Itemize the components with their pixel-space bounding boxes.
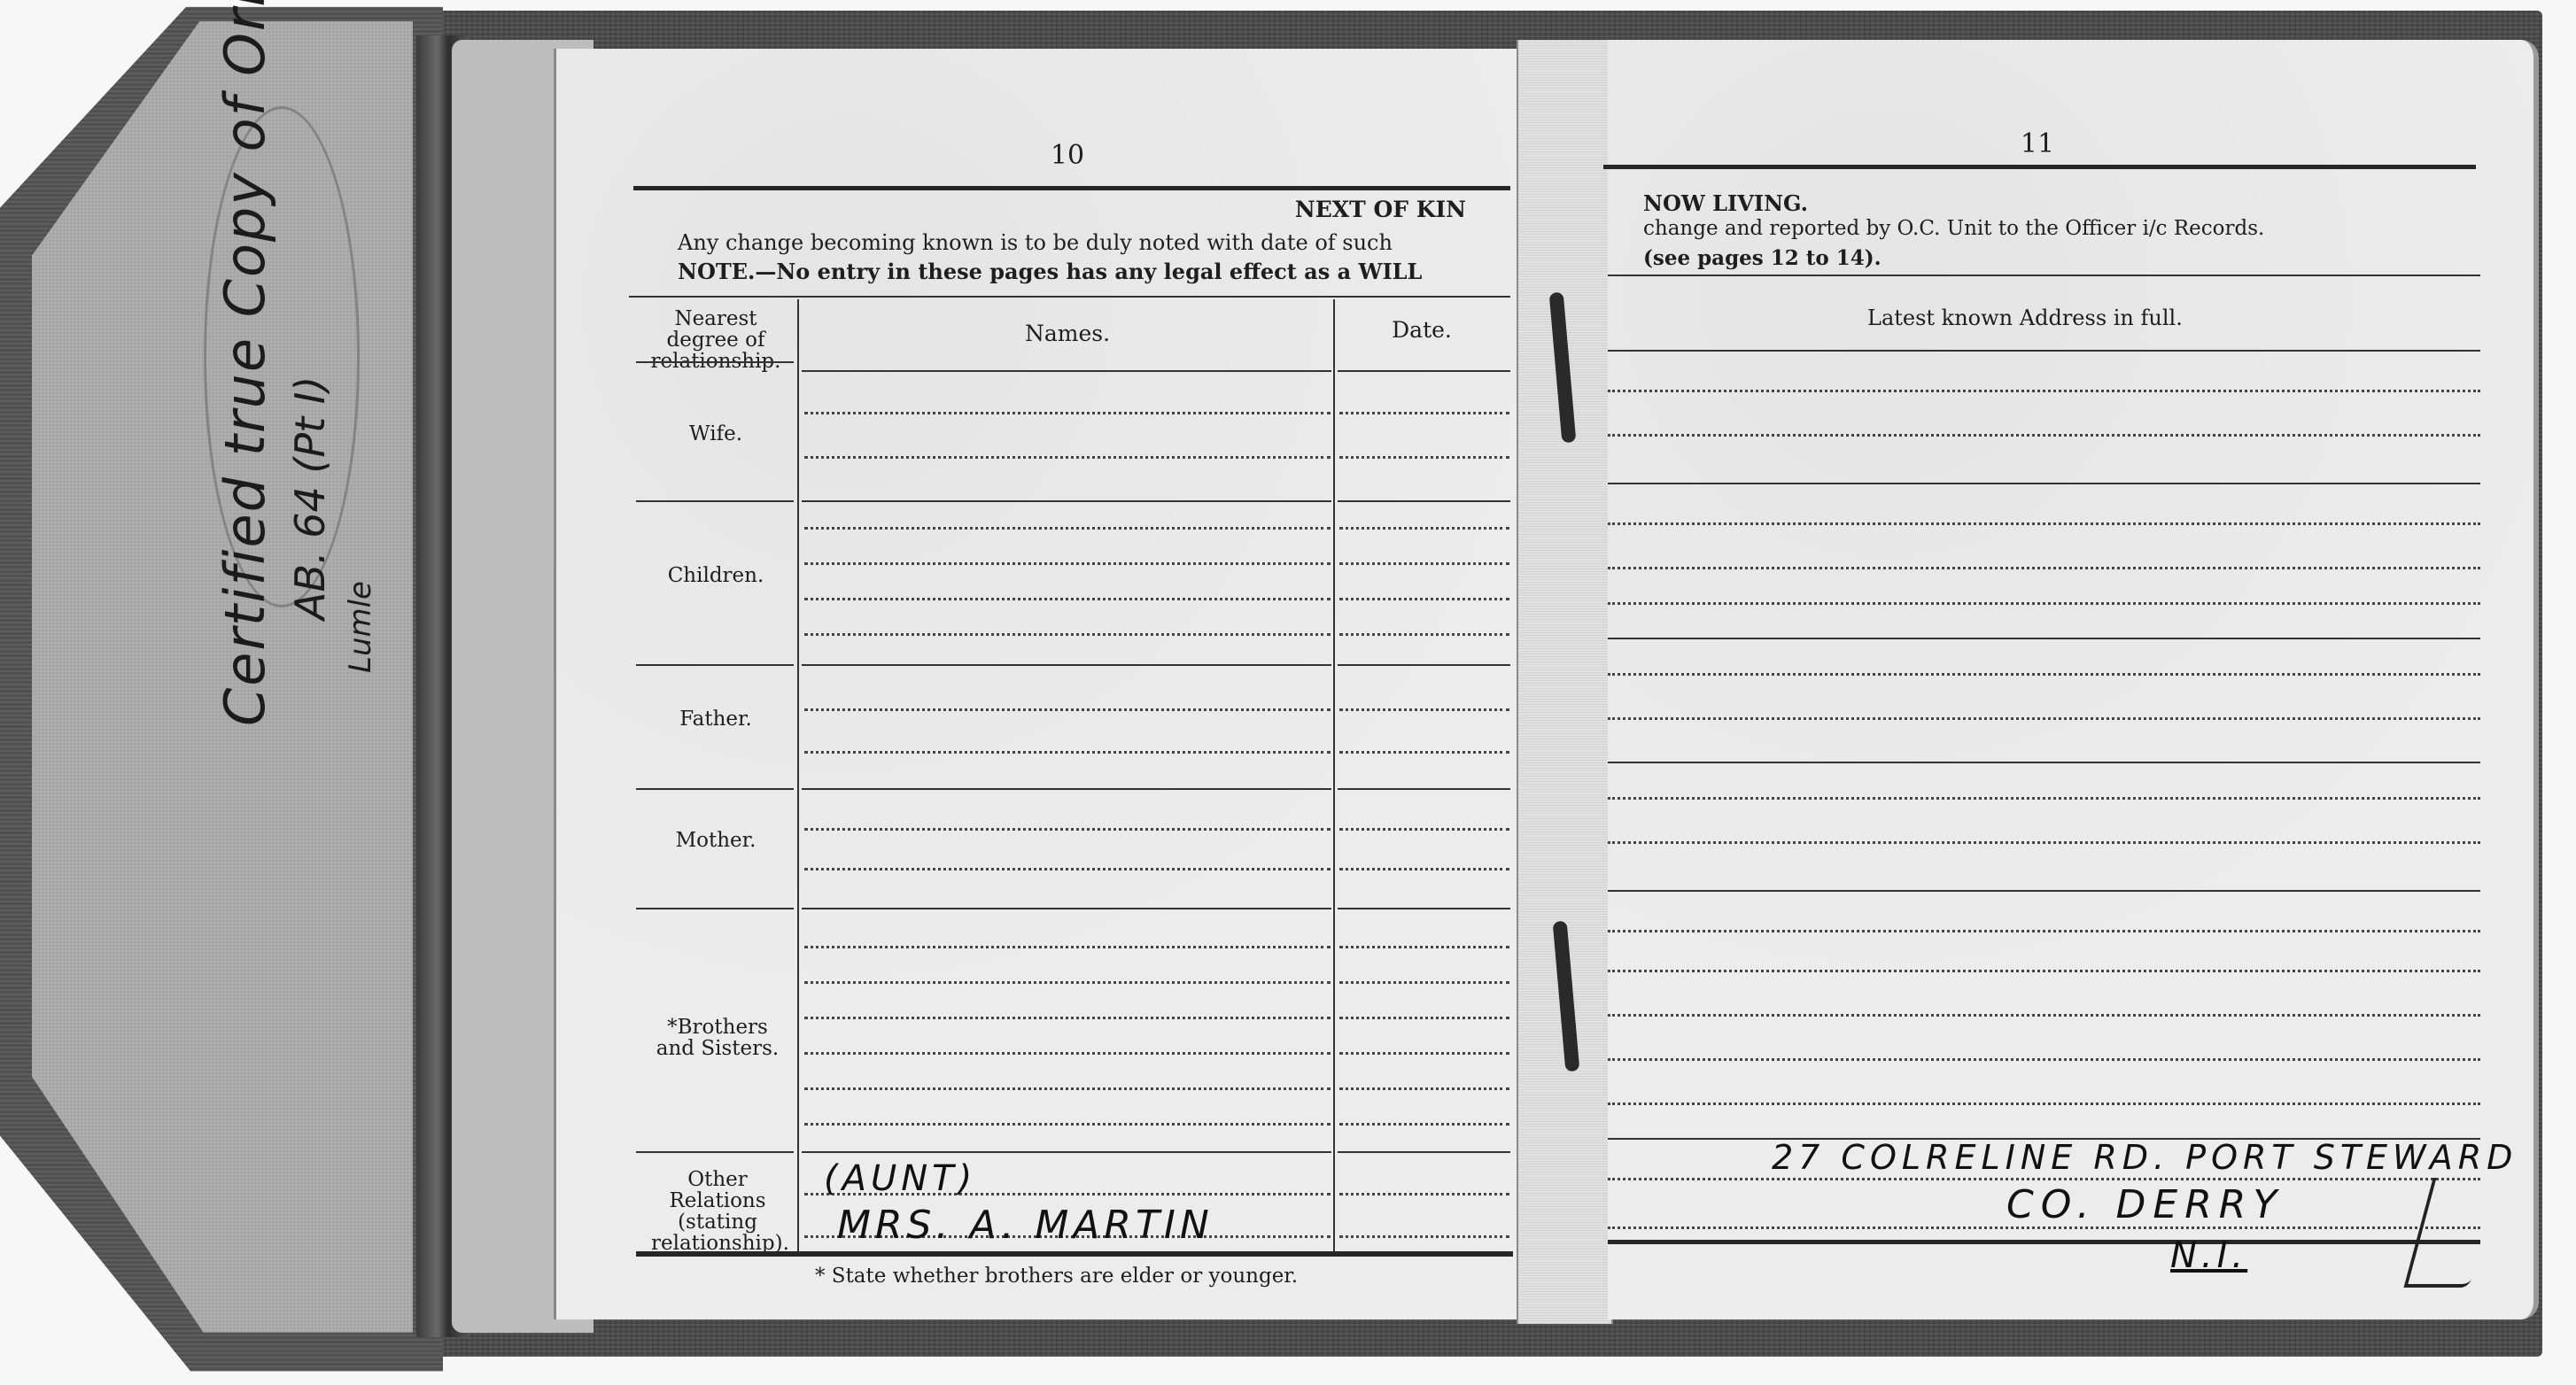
writing-line	[804, 633, 1331, 636]
row-rule	[1338, 908, 1510, 909]
writing-line	[804, 1017, 1331, 1019]
writing-line	[804, 1052, 1331, 1055]
writing-line	[1339, 1235, 1509, 1238]
address-line-1: 27 COLRELINE RD. PORT STEWARD	[1772, 1138, 2518, 1177]
writing-line	[1339, 1193, 1509, 1195]
row-rule	[636, 1151, 794, 1153]
row-rule	[1338, 664, 1510, 666]
writing-line	[1339, 946, 1509, 948]
writing-line	[804, 751, 1331, 754]
row-label-children: Children.	[636, 565, 795, 586]
row-label-other-relations: Other Relations (stating relationship).	[651, 1169, 784, 1255]
row-rule	[802, 500, 1331, 502]
row-label-wife: Wife.	[636, 423, 795, 445]
row-rule	[1338, 788, 1510, 790]
footnote: * State whether brothers are elder or yo…	[815, 1265, 1298, 1288]
next-of-kin-instruction: Any change becoming known is to be duly …	[678, 230, 1393, 255]
address-writing-line	[1608, 930, 2480, 932]
certification-text: Certified true Copy of Original.	[213, 0, 277, 726]
address-writing-line	[1608, 1178, 2480, 1180]
address-line-2: CO. DERRY	[2006, 1182, 2284, 1227]
row-label-father: Father.	[636, 708, 795, 730]
writing-line	[804, 456, 1331, 459]
address-rule	[1608, 275, 2480, 276]
spine-tape	[1517, 40, 1613, 1324]
row-rule	[802, 1151, 1331, 1153]
row-rule	[802, 908, 1331, 909]
writing-line	[804, 562, 1331, 565]
row-rule	[802, 788, 1331, 790]
handwritten-name: MRS. A. MARTIN	[837, 1203, 1214, 1248]
writing-line	[1339, 1087, 1509, 1090]
writing-line	[1339, 751, 1509, 754]
header-rule	[629, 296, 1510, 298]
handwritten-relation: (AUNT)	[824, 1158, 976, 1199]
writing-line	[804, 828, 1331, 831]
address-writing-line	[1608, 567, 2480, 569]
address-writing-line	[1608, 1014, 2480, 1017]
writing-line	[1339, 868, 1509, 870]
rel-header-rule	[636, 361, 794, 363]
will-note: NOTE.—No entry in these pages has any le…	[678, 259, 1422, 284]
writing-line	[1339, 1052, 1509, 1055]
certification-annotation: Certified true Copy of Original. AB. 64 …	[213, 0, 378, 726]
top-rule-right	[1603, 165, 2476, 169]
address-writing-line	[1608, 797, 2480, 800]
address-writing-line	[1608, 390, 2480, 392]
next-of-kin-title: NEXT OF KIN	[1295, 197, 1466, 222]
address-column-header: Latest known Address in full.	[1867, 306, 2183, 330]
writing-line	[1339, 828, 1509, 831]
writing-line	[1339, 1017, 1509, 1019]
writing-line	[804, 946, 1331, 948]
col-date-header: Date.	[1338, 317, 1506, 343]
row-rule	[802, 664, 1331, 666]
writing-line	[1339, 981, 1509, 984]
now-living-instruction: change and reported by O.C. Unit to the …	[1643, 217, 2264, 240]
address-writing-line	[1608, 841, 2480, 844]
writing-line	[1339, 527, 1509, 530]
page-number-left: 10	[1023, 140, 1112, 171]
address-writing-line	[1608, 522, 2480, 525]
writing-line	[1339, 412, 1509, 414]
certification-initials: Lumle	[343, 0, 378, 673]
address-writing-line	[1608, 602, 2480, 605]
row-rule	[636, 664, 794, 666]
writing-line	[1339, 633, 1509, 636]
now-living-title: NOW LIVING.	[1643, 190, 1808, 216]
row-rule	[636, 788, 794, 790]
row-label-brothers-sisters: *Brothers and Sisters.	[651, 1017, 784, 1059]
col-names-header: Names.	[802, 321, 1333, 346]
address-rule	[1608, 638, 2480, 639]
col-divider-1	[797, 299, 799, 1251]
names-header-rule	[802, 370, 1331, 372]
address-rule	[1608, 890, 2480, 892]
writing-line	[804, 598, 1331, 600]
row-rule	[636, 500, 794, 502]
writing-line	[1339, 456, 1509, 459]
certification-reference: AB. 64 (Pt I)	[286, 0, 334, 620]
address-writing-line	[1608, 434, 2480, 437]
date-header-rule	[1338, 370, 1510, 372]
writing-line	[804, 1087, 1331, 1090]
row-rule	[1338, 500, 1510, 502]
col-divider-2	[1333, 299, 1335, 1251]
writing-line	[1339, 562, 1509, 565]
writing-line	[804, 527, 1331, 530]
bottom-rule-left	[636, 1251, 1513, 1257]
address-rule	[1608, 350, 2480, 352]
row-label-mother: Mother.	[636, 830, 795, 851]
writing-line	[1339, 708, 1509, 711]
address-writing-line	[1608, 970, 2480, 972]
address-writing-line	[1608, 1058, 2480, 1061]
address-writing-line	[1608, 673, 2480, 676]
writing-line	[804, 1123, 1331, 1126]
row-rule	[1338, 1151, 1510, 1153]
writing-line	[804, 981, 1331, 984]
writing-line	[1339, 598, 1509, 600]
writing-line	[804, 412, 1331, 414]
page-reference: (see pages 12 to 14).	[1643, 246, 1882, 270]
address-line-3: N.I.	[2170, 1235, 2247, 1276]
address-writing-line	[1608, 717, 2480, 720]
page-number-right: 11	[1993, 128, 2082, 159]
address-rule	[1608, 483, 2480, 484]
address-bottom-rule	[1608, 1240, 2480, 1244]
row-rule	[636, 908, 794, 909]
address-writing-line	[1608, 1103, 2480, 1105]
address-rule	[1608, 762, 2480, 763]
writing-line	[804, 868, 1331, 870]
writing-line	[804, 708, 1331, 711]
writing-line	[1339, 1123, 1509, 1126]
top-rule-left	[633, 186, 1510, 190]
